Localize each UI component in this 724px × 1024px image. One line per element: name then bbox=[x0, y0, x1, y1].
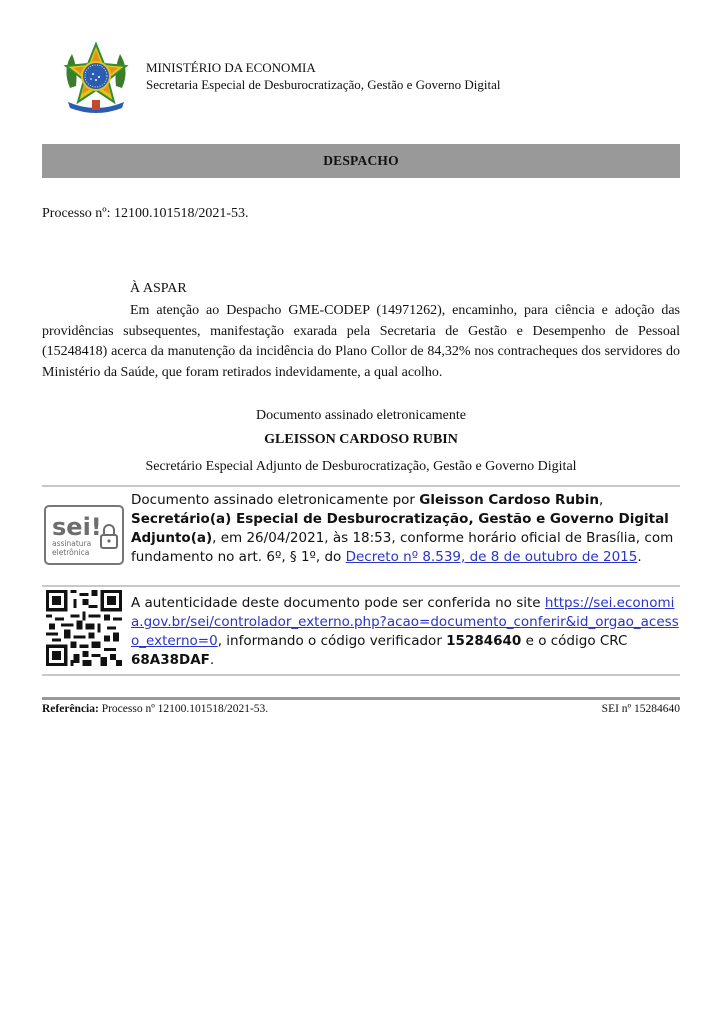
reference-value: Processo nº 12100.101518/2021-53. bbox=[99, 703, 268, 715]
signature-label: Documento assinado eletronicamente bbox=[42, 408, 680, 424]
reference-label: Referência: bbox=[42, 703, 99, 715]
crc-code: 68A38DAF bbox=[131, 652, 210, 668]
footer-reference: Referência: Processo nº 12100.101518/202… bbox=[42, 703, 268, 715]
footer-sei-number: SEI nº 15284640 bbox=[602, 703, 680, 715]
footer-divider bbox=[42, 697, 680, 700]
padlock-icon bbox=[101, 525, 117, 548]
divider bbox=[42, 585, 680, 587]
document-type-banner: DESPACHO bbox=[42, 144, 680, 178]
signer-name: GLEISSON CARDOSO RUBIN bbox=[42, 432, 680, 448]
authenticity-notice: A autenticidade deste documento pode ser… bbox=[131, 594, 683, 670]
ministry-name: MINISTÉRIO DA ECONOMIA bbox=[146, 59, 500, 76]
verifier-code: 15284640 bbox=[446, 633, 521, 649]
svg-text:sei!: sei! bbox=[52, 513, 102, 541]
divider bbox=[42, 674, 680, 676]
document-header: MINISTÉRIO DA ECONOMIA Secretaria Especi… bbox=[52, 40, 652, 120]
sei-logo-icon: sei! assinatura eletrônica bbox=[46, 507, 122, 563]
decree-link[interactable]: Decreto nº 8.539, de 8 de outubro de 201… bbox=[346, 549, 638, 565]
divider bbox=[42, 485, 680, 487]
addressee: À ASPAR bbox=[130, 281, 187, 297]
svg-text:assinatura: assinatura bbox=[52, 539, 91, 548]
brazil-coat-of-arms-icon bbox=[56, 40, 136, 120]
signer-role: Secretário Especial Adjunto de Desburocr… bbox=[42, 459, 680, 475]
sei-signature-logo: sei! assinatura eletrônica bbox=[44, 505, 124, 565]
body-paragraph: Em atenção ao Despacho GME-CODEP (149712… bbox=[42, 301, 680, 383]
svg-text:eletrônica: eletrônica bbox=[52, 548, 89, 557]
qr-code-icon bbox=[46, 590, 122, 666]
process-number: Processo nº: 12100.101518/2021-53. bbox=[42, 206, 249, 222]
secretariat-name: Secretaria Especial de Desburocratização… bbox=[146, 76, 500, 93]
electronic-signature-notice: Documento assinado eletronicamente por G… bbox=[131, 491, 683, 567]
signer-name-bold: Gleisson Cardoso Rubin bbox=[419, 492, 599, 508]
document-type-title: DESPACHO bbox=[323, 153, 399, 169]
